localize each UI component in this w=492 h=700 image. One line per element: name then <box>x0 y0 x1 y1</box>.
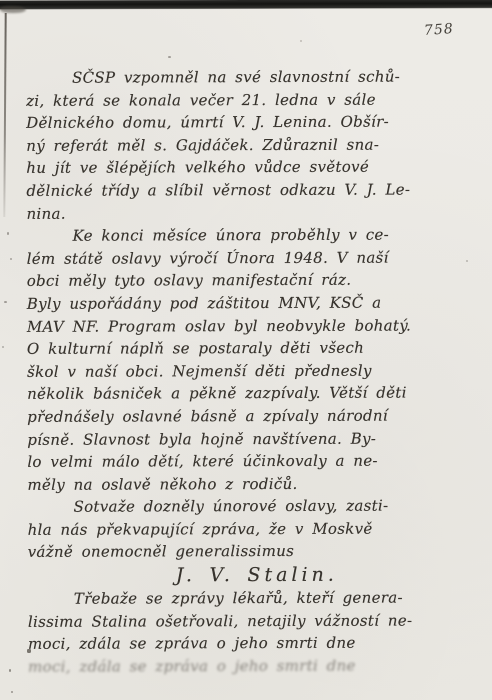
handwritten-line: nina. <box>26 201 475 225</box>
scanned-page: 758 SČSP vzpomněl na své slavnostní schů… <box>0 0 492 700</box>
handwritten-line: lissima Stalina ošetřovali, netajily váž… <box>28 609 477 633</box>
handwritten-line: měly na oslavě někoho z rodičů. <box>27 472 476 496</box>
ink-speck <box>11 691 13 693</box>
handwritten-line: škol v naší obci. Nejmenší děti přednesl… <box>27 359 476 383</box>
handwritten-line: MAV NF. Program oslav byl neobvykle boha… <box>27 314 476 338</box>
handwritten-line: lo velmi málo dětí, které účinkovaly a n… <box>27 449 476 473</box>
margin-mark <box>27 649 31 653</box>
handwritten-line: hla nás překvapující zpráva, že v Moskvě <box>28 517 477 541</box>
handwritten-text-block: SČSP vzpomněl na své slavnostní schů- zi… <box>26 65 477 678</box>
ink-speck <box>2 346 4 348</box>
handwritten-line: několik básniček a pěkně zazpívaly. Větš… <box>27 382 476 406</box>
ink-speck <box>300 40 302 42</box>
handwritten-line: lém státě oslavy výročí Února 1948. V na… <box>27 246 476 270</box>
handwritten-line: moci, zdála se zpráva o jeho smrti dne <box>28 631 477 655</box>
handwritten-line: hu jít ve šlépějích velkého vůdce světov… <box>26 156 475 180</box>
ink-speck <box>9 669 11 672</box>
scan-edge-top-bar <box>0 0 492 10</box>
handwritten-line: písně. Slavnost byla hojně navštívena. B… <box>27 427 476 451</box>
handwritten-line: Byly uspořádány pod záštitou MNV, KSČ a <box>27 291 476 315</box>
ink-speck <box>466 260 468 262</box>
handwritten-line: ný referát měl s. Gajdáček. Zdůraznil sn… <box>26 133 475 157</box>
ink-speck <box>168 56 171 58</box>
handwritten-line: přednášely oslavné básně a zpívaly národ… <box>27 404 476 428</box>
handwritten-line: dělnické třídy a slíbil věrnost odkazu V… <box>26 178 475 202</box>
handwritten-line: zi, která se konala večer 21. ledna v sá… <box>26 88 475 112</box>
scan-smudge <box>0 6 26 13</box>
page-number: 758 <box>424 21 455 39</box>
handwritten-line: obci měly tyto oslavy manifestační ráz. <box>27 269 476 293</box>
scan-edge-left-line <box>3 13 6 217</box>
handwritten-line: Ke konci měsíce února proběhly v ce- <box>26 223 475 247</box>
handwritten-line-stalin: J. V. Stalin. <box>28 562 477 588</box>
ink-speck <box>7 232 9 235</box>
handwritten-line: Třebaže se zprávy lékařů, kteří genera- <box>28 586 477 610</box>
handwritten-line: Sotvaže dozněly únorové oslavy, zasti- <box>27 494 476 518</box>
handwritten-line: SČSP vzpomněl na své slavnostní schů- <box>26 65 475 89</box>
ink-speck <box>10 258 12 260</box>
handwritten-line: O kulturní náplň se postaraly děti všech <box>27 336 476 360</box>
handwritten-line-ghost: moci, zdála se zpráva o jeho smrti dne <box>28 654 477 678</box>
handwritten-line: vážně onemocněl generalissimus <box>28 540 477 564</box>
ink-speck <box>4 301 7 303</box>
handwritten-line: Dělnického domu, úmrtí V. J. Lenina. Obš… <box>26 110 475 134</box>
